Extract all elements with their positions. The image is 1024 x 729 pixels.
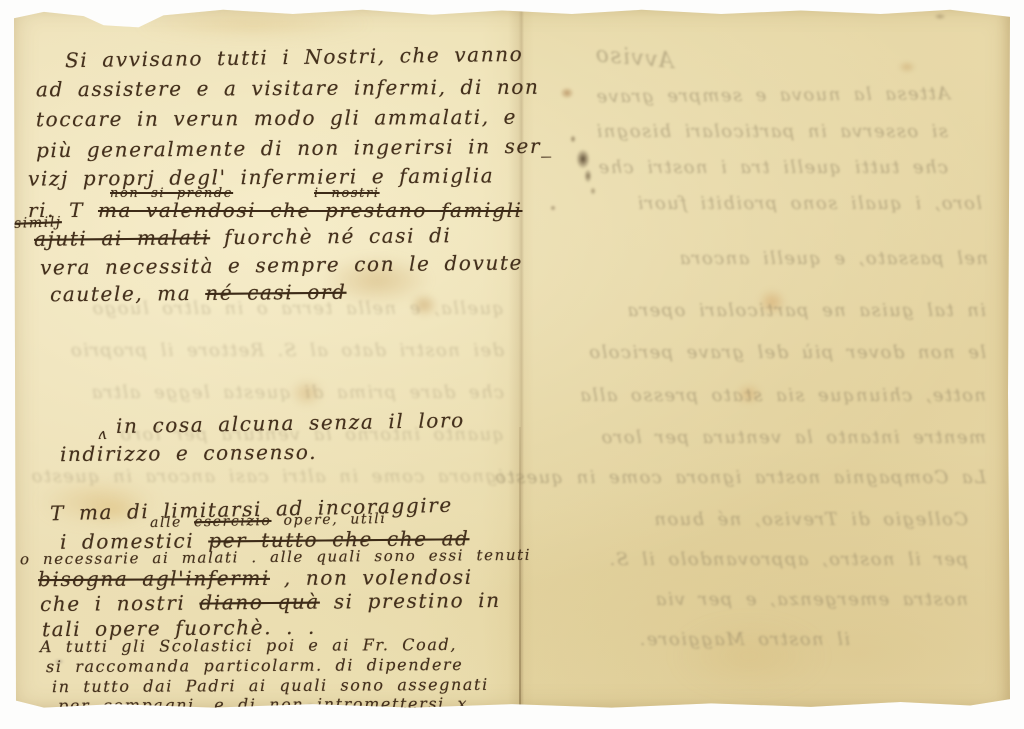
line-15: bisogna agl'infermi , non volendosi xyxy=(38,567,473,589)
handwritten-text: per compagni. e di non intromettersi xyxy=(58,694,458,715)
handwritten-text: più generalmente di non ingerirsi in ser… xyxy=(36,134,553,163)
handwritten-text: cautele, ma xyxy=(50,281,205,306)
line-9: cautele, ma né casi ord xyxy=(50,282,347,305)
line-11: indirizzo e consenso. xyxy=(60,442,317,464)
handwritten-text: x xyxy=(457,694,468,713)
handwritten-text: toccare in verun modo gli ammalati, e xyxy=(36,105,517,132)
handwritten-text: si prestino in xyxy=(320,588,501,614)
handwritten-text: si raccomanda particolarm. di dipendere xyxy=(46,655,463,676)
handwritten-text: vera necessità e sempre con le dovute xyxy=(40,250,523,279)
line-2: ad assistere e a visitare infermi, di no… xyxy=(36,77,540,100)
struck-text: ajuti ai malati xyxy=(34,225,210,251)
manuscript-scan: AvvisoAttesa la nuova e sempre gravesi o… xyxy=(0,0,1024,729)
line-7: ajuti ai malati fuorchè né casi di xyxy=(34,225,452,249)
line-6: ri. T ma valendosi che prestano famigli xyxy=(28,200,523,220)
handwritten-text: indirizzo e consenso. xyxy=(60,440,317,466)
line-3: toccare in verun modo gli ammalati, e xyxy=(36,107,517,130)
struck-text: né casi ord xyxy=(205,280,346,305)
handwritten-text: fuorchè né casi di xyxy=(210,223,452,249)
handwritten-text: Si avvisano tutti i Nostri, che vanno xyxy=(65,42,524,72)
struck-text: diano quà xyxy=(199,590,320,615)
handwritten-text: ad assistere e a visitare infermi, di no… xyxy=(36,75,540,102)
handwritten-text: che i nostri xyxy=(40,591,200,616)
line-18: A tutti gli Scolastici poi e ai Fr. Coad… xyxy=(40,637,457,655)
struck-text: bisogna agl'infermi xyxy=(38,566,270,591)
handwritten-text: ʌ xyxy=(98,425,108,443)
handwritten-text: vizj proprj degl' infermieri e famiglia xyxy=(28,163,494,190)
struck-text: ma valendosi che prestano famigli xyxy=(98,198,523,222)
line-4: più generalmente di non ingerirsi in ser… xyxy=(36,136,553,161)
handwritten-text: , non volendosi xyxy=(270,565,473,590)
line-8: vera necessità e sempre con le dovute xyxy=(40,252,523,277)
handwritten-text: alle quali sono essi tenuti xyxy=(270,546,531,566)
line-20: in tutto dai Padri ai quali sono assegna… xyxy=(52,677,489,695)
handwritten-text: in tutto dai Padri ai quali sono assegna… xyxy=(52,675,489,696)
line-5: vizj proprj degl' infermieri e famiglia xyxy=(28,165,494,188)
paper-sheet: AvvisoAttesa la nuova e sempre gravesi o… xyxy=(14,7,1010,709)
line-1: Si avvisano tutti i Nostri, che vanno xyxy=(65,44,524,70)
line-16: che i nostri diano quà si prestino in xyxy=(40,590,501,614)
line-21: per compagni. e di non intromettersi x xyxy=(58,696,468,714)
caret-mark: ʌ xyxy=(98,427,108,442)
line-19: si raccomanda particolarm. di dipendere xyxy=(46,657,463,675)
recto-text-layer: Si avvisano tutti i Nostri, che vannoad … xyxy=(14,7,1010,709)
handwritten-text: in cosa alcuna senza il loro xyxy=(116,408,465,438)
handwritten-text: A tutti gli Scolastici poi e ai Fr. Coad… xyxy=(40,635,457,656)
line-10: in cosa alcuna senza il loro xyxy=(116,410,465,436)
